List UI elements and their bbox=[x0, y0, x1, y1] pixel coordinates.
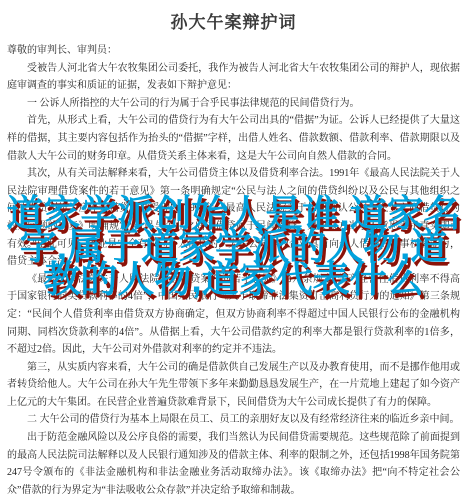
paragraph-interest-rate-rules: 《最高人民法院关于人民法院审理借贷案件的若干意见》第六条规定“生产经营性借贷利率… bbox=[7, 271, 460, 359]
paragraph-third-point: 第三，从实质内容来看，大午公司的确是借款供自己发展生产以及办教育使用，而不是挪作… bbox=[7, 359, 460, 412]
paragraph-second-point: 其次，从有关司法解释来看，大午公司借贷主体以及借贷利率合法。1991年《最高人民… bbox=[7, 165, 460, 271]
salutation-line: 尊敬的审判长、审判员： bbox=[7, 42, 460, 60]
document-body: 尊敬的审判长、审判员： 受被告人河北省大午农牧集团公司委托，我作为被告人河北省大… bbox=[7, 42, 460, 499]
document-page: 孙大午案辩护词 尊敬的审判长、审判员： 受被告人河北省大午农牧集团公司委托，我作… bbox=[0, 0, 467, 501]
paragraph-regulation-need: 出于防范金融风险以及公序良俗的需要，我们当然认为民间借贷需要规范。这些规范除了前… bbox=[7, 429, 460, 499]
paragraph-section-two-heading: 二 大午公司的借贷行为基本上局限在员工、员工的亲朋好友以及有经常经济往来的临近乡… bbox=[7, 411, 460, 429]
paragraph-first-point: 首先，从形式上看，大午公司的借贷行为有大午公司出具的“借据”为证。公诉人已经提供… bbox=[7, 112, 460, 165]
document-title: 孙大午案辩护词 bbox=[7, 8, 460, 33]
paragraph-section-one-heading: 一 公诉人所指控的大午公司的行为属于合乎民事法律规范的民间借贷行为。 bbox=[7, 95, 460, 113]
paragraph-intro: 受被告人河北省大午农牧集团公司委托，我作为被告人河北省大午农牧集团公司的辩护人，… bbox=[7, 60, 460, 95]
